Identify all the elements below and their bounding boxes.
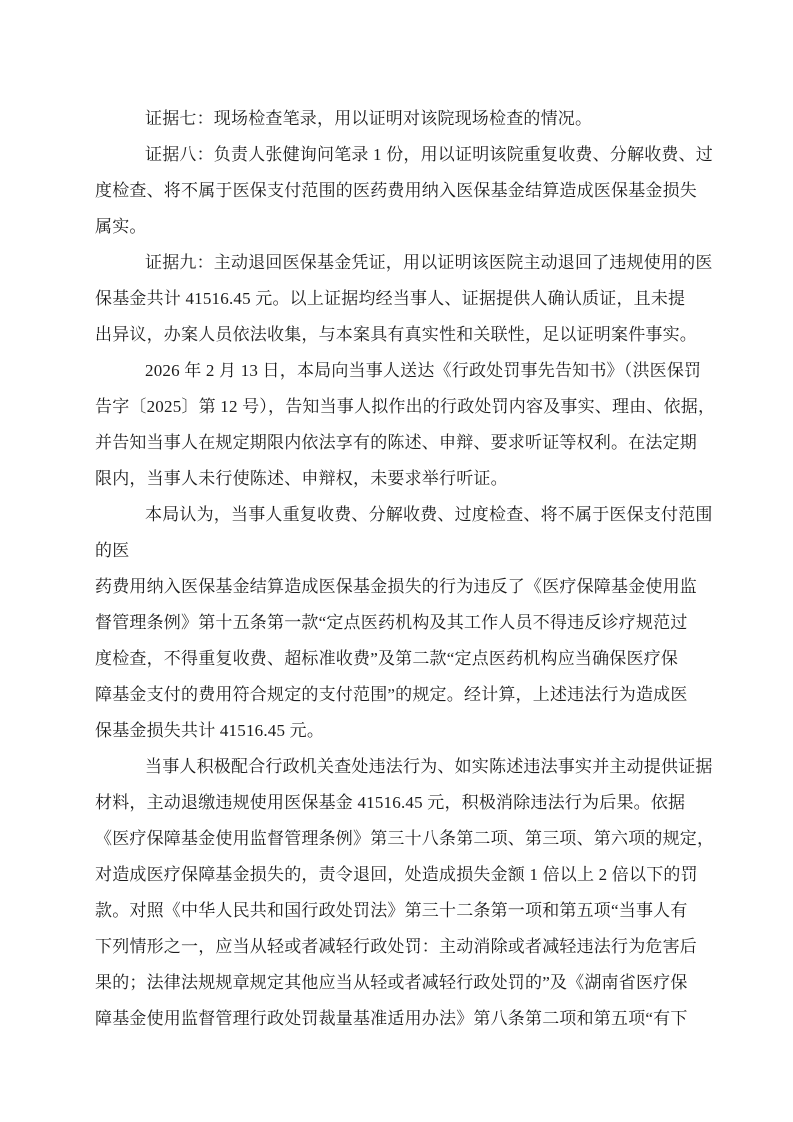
para-violation-findings: 本局认为，当事人重复收费、分解收费、过度检查、将不属于医保支付范围的医 药费用纳… [95,497,720,749]
document-page: 证据七：现场检查笔录，用以证明对该院现场检查的情况。 证据八：负责人张健询问笔录… [0,0,793,1122]
para-penalty-basis: 当事人积极配合行政机关查处违法行为、如实陈述违法事实并主动提供证据 材料，主动退… [95,749,720,1037]
para-evidence-9: 证据九：主动退回医保基金凭证，用以证明该医院主动退回了违规使用的医 保基金共计 … [95,245,720,353]
para-prior-notice: 2026 年 2 月 13 日，本局向当事人送达《行政处罚事先告知书》（洪医保罚… [95,353,720,497]
para-evidence-7: 证据七：现场检查笔录，用以证明对该院现场检查的情况。 [95,101,720,137]
document-text-block: 证据七：现场检查笔录，用以证明对该院现场检查的情况。 证据八：负责人张健询问笔录… [95,101,720,1037]
para-evidence-8: 证据八：负责人张健询问笔录 1 份，用以证明该院重复收费、分解收费、过 度检查、… [95,137,720,245]
